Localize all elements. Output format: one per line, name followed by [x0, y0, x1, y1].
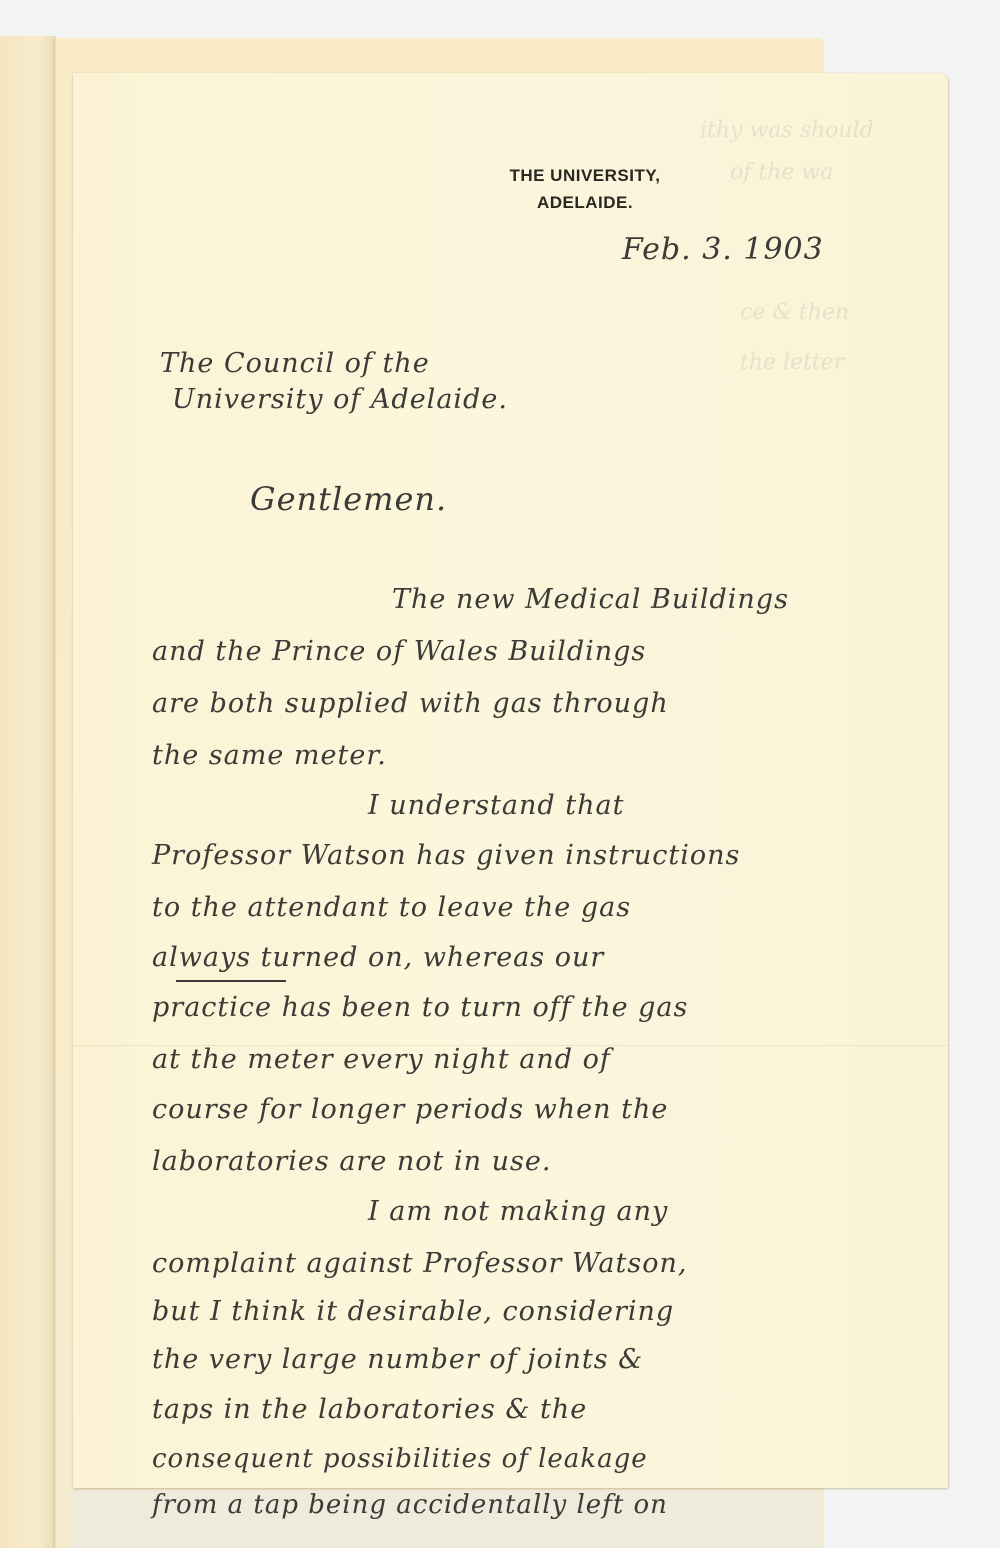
body-line: but I think it desirable, considering — [152, 1296, 674, 1327]
show-through-text: the letter — [740, 350, 844, 375]
body-line: laboratories are not in use. — [152, 1146, 551, 1177]
body-line: the same meter. — [152, 740, 387, 771]
body-line: Professor Watson has given instructions — [152, 840, 740, 871]
body-line: consequent possibilities of leakage — [152, 1444, 648, 1474]
body-line: from a tap being accidentally left on — [152, 1490, 668, 1520]
show-through-text: ithy was should — [700, 118, 874, 143]
body-line: taps in the laboratories & the — [152, 1394, 587, 1425]
addressee-line-1: The Council of the — [160, 348, 430, 379]
show-through-text: ce & then — [740, 300, 849, 325]
body-line: course for longer periods when the — [152, 1094, 668, 1125]
body-line: The new Medical Buildings — [392, 584, 789, 615]
left-book-page — [0, 36, 56, 1548]
letter-date: Feb. 3. 1903 — [622, 232, 824, 267]
show-through-text: of the wa — [730, 160, 833, 185]
body-line: the very large number of joints & — [152, 1344, 643, 1375]
body-line: are both supplied with gas through — [152, 688, 669, 719]
body-line: always turned on, whereas our — [152, 942, 604, 973]
underline-always — [176, 980, 286, 982]
letterhead-city: ADELAIDE. — [470, 189, 700, 216]
body-line: at the meter every night and of — [152, 1044, 611, 1075]
salutation: Gentlemen. — [250, 480, 447, 518]
body-line: to the attendant to leave the gas — [152, 892, 631, 923]
body-line: I am not making any — [368, 1196, 668, 1227]
body-line: complaint against Professor Watson, — [152, 1248, 687, 1279]
addressee-line-2: University of Adelaide. — [172, 384, 508, 415]
body-line: practice has been to turn off the gas — [152, 992, 688, 1023]
body-line: I understand that — [368, 790, 624, 821]
letterhead-institution: THE UNIVERSITY, — [470, 162, 700, 189]
body-line: and the Prince of Wales Buildings — [152, 636, 646, 667]
letterhead: THE UNIVERSITY, ADELAIDE. — [470, 162, 700, 216]
